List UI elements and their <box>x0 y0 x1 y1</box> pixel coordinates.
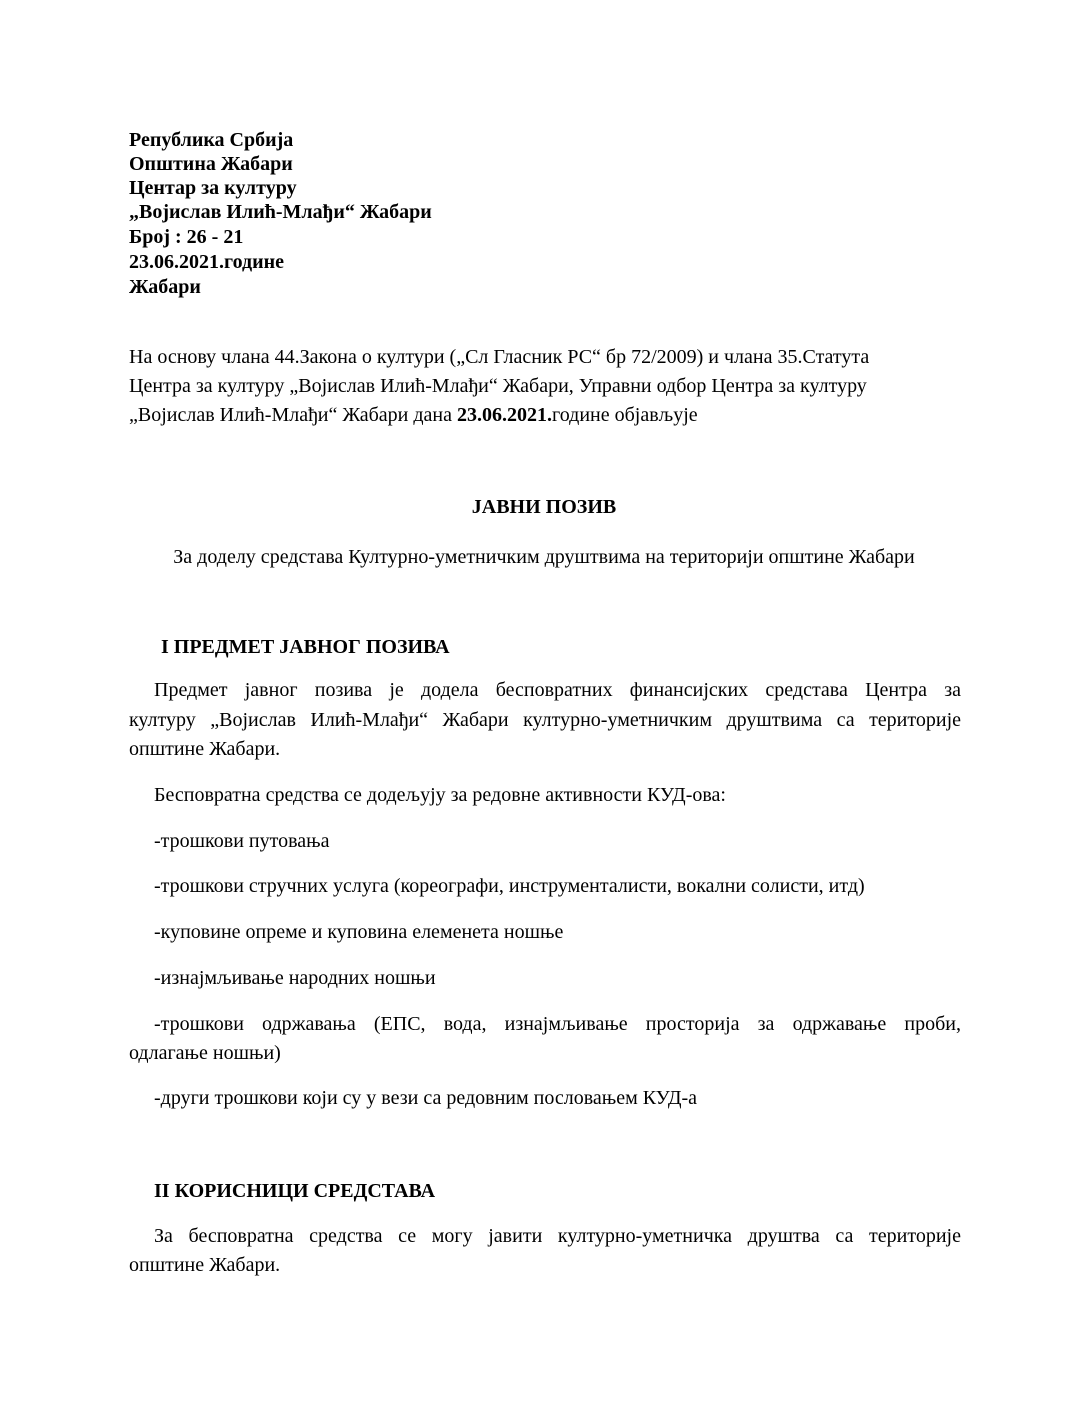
section-1-para-line-3: општине Жабари. <box>129 737 961 761</box>
intro-line-3: „Војислав Илић-Млађи“ Жабари дана 23.06.… <box>129 403 698 427</box>
intro-line-3-text: „Војислав Илић-Млађи“ Жабари дана <box>129 404 457 426</box>
list-item: -куповине опреме и куповина елеменета но… <box>154 920 563 944</box>
header-place: Жабари <box>129 275 201 299</box>
header-reference-number: Број : 26 - 21 <box>129 225 243 249</box>
header-country: Република Србија <box>129 128 293 152</box>
section-1-para-line-1: Предмет јавног позива је додела бесповра… <box>129 678 961 702</box>
list-item-continuation: одлагање ношњи) <box>129 1041 281 1065</box>
section-1-para-line-2: културу „Војислав Илић-Млађи“ Жабари кул… <box>129 708 961 732</box>
intro-date: 23.06.2021. <box>457 404 552 426</box>
header-institution: Центар за културу <box>129 176 297 200</box>
header-date: 23.06.2021.године <box>129 250 284 274</box>
header-municipality: Општина Жабари <box>129 152 293 176</box>
intro-line-1: На основу члана 44.Закона о култури („Сл… <box>129 345 869 369</box>
intro-line-2: Центра за културу „Војислав Илић-Млађи“ … <box>129 374 867 398</box>
document-subtitle: За доделу средстава Културно-уметничким … <box>0 545 1088 569</box>
list-item: -други трошкови који су у вези са редовн… <box>154 1086 697 1110</box>
document-page: Република Србија Општина Жабари Центар з… <box>0 0 1088 1408</box>
document-title: ЈАВНИ ПОЗИВ <box>0 495 1088 519</box>
list-item: -изнајмљивање народних ношњи <box>154 966 436 990</box>
list-item: -трошкови стручних услуга (кореографи, и… <box>154 874 865 898</box>
section-2-heading: II КОРИСНИЦИ СРЕДСТАВА <box>154 1179 435 1203</box>
section-1-heading: I ПРЕДМЕТ ЈАВНОГ ПОЗИВА <box>161 635 450 659</box>
list-item: -трошкови одржавања (ЕПС, вода, изнајмљи… <box>129 1012 961 1036</box>
list-item: -трошкови путовања <box>154 829 329 853</box>
section-1-lead: Бесповратна средства се додељују за редо… <box>154 783 726 807</box>
section-2-para-line-2: општине Жабари. <box>129 1253 961 1277</box>
header-institution-name: „Војислав Илић-Млађи“ Жабари <box>129 200 432 224</box>
intro-line-3-end: године објављује <box>552 404 698 426</box>
section-2-para-line-1: За бесповратна средства се могу јавити к… <box>129 1224 961 1248</box>
